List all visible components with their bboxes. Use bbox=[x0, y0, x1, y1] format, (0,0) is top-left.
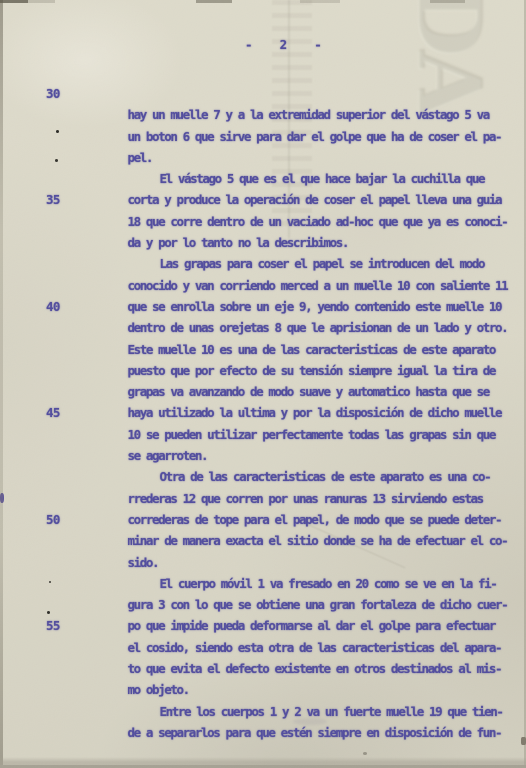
typescript-line: Entre los cuerpos 1 y 2 va un fuerte mue… bbox=[0, 679, 526, 700]
typescript-line: un boton 6 que sirve para dar el golpe q… bbox=[0, 104, 526, 125]
ghost-smudge bbox=[293, 718, 327, 725]
typescript-line: po que impide pueda deformarse al dar el… bbox=[0, 594, 526, 615]
paper-stain bbox=[363, 752, 367, 755]
typescript-line-text: de a separarlos para que estén siempre e… bbox=[25, 722, 502, 743]
typescript-line: da y por lo tanto no la describimos. bbox=[0, 211, 526, 232]
typescript-line: El vástago 5 que es el que hace bajar la… bbox=[0, 147, 526, 168]
typescript-line: pel. bbox=[0, 126, 526, 147]
typescript-line: Este muelle 10 es una de las caracterist… bbox=[0, 317, 526, 338]
typescript-line: 55el cosido, siendo esta otra de las car… bbox=[0, 615, 526, 636]
margin-line-number: 35 bbox=[46, 189, 60, 210]
margin-line-number: 50 bbox=[46, 509, 60, 530]
typescript-line: rrederas 12 que corren por unas ranuras … bbox=[0, 466, 526, 487]
typescript-line: grapas va avanzando de modo suave y auto… bbox=[0, 360, 526, 381]
margin-line-number: 55 bbox=[46, 615, 60, 636]
ink-speck bbox=[55, 159, 58, 162]
typescript-line: Otra de las caracteristicas de este apar… bbox=[0, 445, 526, 466]
typescript-line: corta y produce la operación de coser el… bbox=[0, 168, 526, 189]
margin-line-number: 45 bbox=[46, 402, 60, 423]
typescript-line: mo objeto. bbox=[0, 658, 526, 679]
typescript-line: puesto que por efecto de su tensión siem… bbox=[0, 339, 526, 360]
typescript-line: sido. bbox=[0, 530, 526, 551]
typescript-line: El cuerpo móvil 1 va fresado en 20 como … bbox=[0, 552, 526, 573]
ink-speck bbox=[56, 130, 59, 133]
margin-line-number: 30 bbox=[46, 83, 60, 104]
page-edge-top bbox=[0, 0, 526, 3]
typescript-line: 3518 que corre dentro de un vaciado ad-h… bbox=[0, 189, 526, 210]
typescript-body: 30hay un muelle 7 y a la extremidad supe… bbox=[0, 83, 526, 722]
typescript-line: haya utilizado la ultima y por la dispos… bbox=[0, 381, 526, 402]
typescript-line: que se enrolla sobre un eje 9, yendo con… bbox=[0, 275, 526, 296]
typescript-line: 4510 se pueden utilizar perfectamente to… bbox=[0, 402, 526, 423]
typescript-line: Las grapas para coser el papel se introd… bbox=[0, 232, 526, 253]
ink-speck bbox=[47, 611, 50, 614]
typescript-line: gura 3 con lo que se obtiene una gran fo… bbox=[0, 573, 526, 594]
typescript-line: 50minar de manera exacta el sitio donde … bbox=[0, 509, 526, 530]
page-number: - 2 - bbox=[245, 37, 321, 52]
typescript-line: 30hay un muelle 7 y a la extremidad supe… bbox=[0, 83, 526, 104]
scanned-page: DA - 2 - 30hay un muelle 7 y a la extrem… bbox=[0, 0, 526, 768]
typescript-line: correderas de tope para el papel, de mod… bbox=[0, 488, 526, 509]
typescript-line: to que evita el defecto existente en otr… bbox=[0, 637, 526, 658]
typescript-line: 40dentro de unas orejetas 8 que le apris… bbox=[0, 296, 526, 317]
page-edge-left bbox=[0, 0, 3, 768]
typescript-line: conocido y van corriendo merced a un mue… bbox=[0, 253, 526, 274]
typescript-line: se agarroten. bbox=[0, 424, 526, 445]
page-edge-bottom bbox=[0, 757, 526, 768]
typescript-line: de a separarlos para que estén siempre e… bbox=[0, 701, 526, 722]
ink-speck bbox=[49, 581, 51, 583]
margin-line-number: 40 bbox=[46, 296, 60, 317]
